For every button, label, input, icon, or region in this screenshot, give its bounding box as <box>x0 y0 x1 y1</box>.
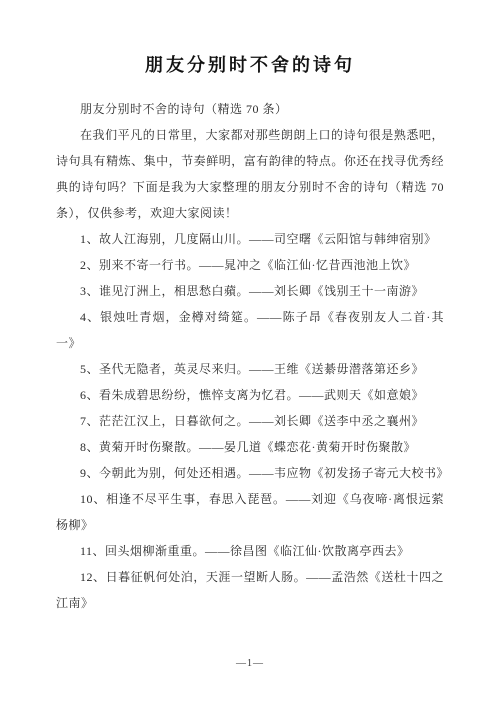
poem-item: 5、圣代无隐者，英灵尽来归。——王维《送綦毋潜落第还乡》 <box>56 356 444 382</box>
intro-paragraph: 在我们平凡的日常里，大家都对那些朗朗上口的诗句很是熟悉吧，诗句具有精炼、集中，节… <box>56 122 444 226</box>
poem-item: 8、黄菊开时伤聚散。——晏几道《蝶恋花·黄菊开时伤聚散》 <box>56 434 444 460</box>
poem-item: 7、茫茫江汉上，日暮欲何之。——刘长卿《送李中丞之襄州》 <box>56 408 444 434</box>
subheading: 朋友分别时不舍的诗句（精选 70 条） <box>56 96 444 122</box>
poem-item: 1、故人江海别，几度隔山川。——司空曙《云阳馆与韩绅宿别》 <box>56 226 444 252</box>
document-page: 朋友分别时不舍的诗句 朋友分别时不舍的诗句（精选 70 条）在我们平凡的日常里，… <box>0 0 500 707</box>
poem-item: 2、别来不寄一行书。——晁冲之《临江仙·忆昔西池池上饮》 <box>56 252 444 278</box>
poem-item: 10、相逢不尽平生事，春思入琵琶。——刘迎《乌夜啼·离恨远萦杨柳》 <box>56 486 444 538</box>
poem-item: 3、谁见汀洲上，相思愁白蘋。——刘长卿《饯别王十一南游》 <box>56 278 444 304</box>
document-title: 朋友分别时不舍的诗句 <box>56 50 444 80</box>
document-body: 朋友分别时不舍的诗句（精选 70 条）在我们平凡的日常里，大家都对那些朗朗上口的… <box>56 96 444 616</box>
poem-item: 9、今朝此为别，何处还相遇。——韦应物《初发扬子寄元大校书》 <box>56 460 444 486</box>
poem-item: 11、回头烟柳渐重重。——徐昌图《临江仙·饮散离亭西去》 <box>56 538 444 564</box>
page-number: —1— <box>0 658 500 669</box>
poem-item: 4、银烛吐青烟，金樽对绮筵。——陈子昂《春夜别友人二首·其一》 <box>56 304 444 356</box>
poem-item: 6、看朱成碧思纷纷，憔悴支离为忆君。——武则天《如意娘》 <box>56 382 444 408</box>
poem-item: 12、日暮征帆何处泊，天涯一望断人肠。——孟浩然《送杜十四之江南》 <box>56 564 444 616</box>
